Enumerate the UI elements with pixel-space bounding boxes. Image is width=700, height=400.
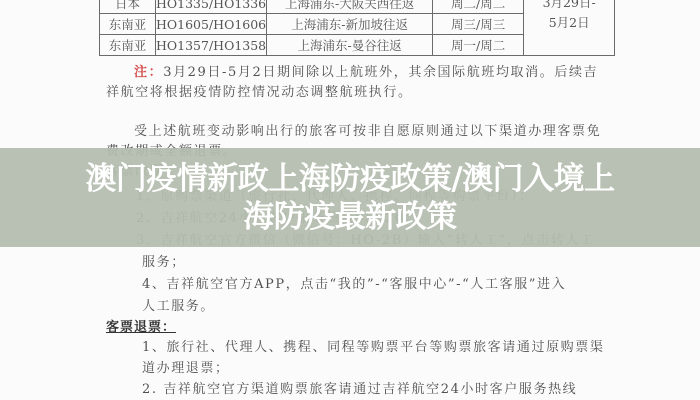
title-banner: 澳门疫情新政上海防疫政策/澳门入境上 海防疫最新政策 xyxy=(0,148,700,247)
paragraph-line-1: 受上述航班变动影响出行的旅客可按非自愿原则通过以下渠道办理客票免 xyxy=(134,120,601,139)
flights-cell: HO1335/HO1336 xyxy=(156,0,267,14)
date-range-line2: 5月2日 xyxy=(524,13,614,33)
date-range-cell: 3月29日- 5月2日 xyxy=(524,0,615,56)
note-label: 注： xyxy=(134,65,163,80)
days-cell: 周一/周二 xyxy=(433,35,524,56)
refund-item-1-line-1: 1、旅行社、代理人、携程、同程等购票平台等购票旅客请通过原购票渠 xyxy=(142,336,604,355)
route-cell: 上海浦东-曼谷往返 xyxy=(267,35,433,56)
region-cell: 东南亚 xyxy=(100,14,156,35)
date-range-line1: 3月29日- xyxy=(524,0,614,13)
change-item-4-line-2: 人工服务。 xyxy=(142,295,215,314)
banner-title-line-1: 澳门疫情新政上海防疫政策/澳门入境上 xyxy=(85,160,614,198)
route-cell: 上海浦东-大阪关西往返 xyxy=(267,0,433,14)
table-row: 日本 HO1335/HO1336 上海浦东-大阪关西往返 周二/周二 3月29日… xyxy=(100,0,615,14)
change-item-3-cont: 服务； xyxy=(142,251,186,270)
days-cell: 周二/周二 xyxy=(433,0,524,14)
note-line-1: 注：3月29日-5月2日期间除以上航班外，其余国际航班均取消。后续吉 xyxy=(134,61,598,80)
banner-title-line-2: 海防疫最新政策 xyxy=(243,198,457,236)
region-cell: 东南亚 xyxy=(100,35,156,56)
region-cell: 日本 xyxy=(100,0,156,14)
refund-item-2-line-1: 2. 吉祥航空官方渠道购票旅客请通过吉祥航空24小时客户服务热线 xyxy=(142,378,577,397)
note-line-2: 祥航空将根据疫情防控情况动态调整航班执行。 xyxy=(106,81,413,100)
flights-cell: HO1605/HO1606 xyxy=(156,14,267,35)
refund-heading: 客票退票： xyxy=(106,316,176,335)
refund-item-1-line-2: 道办理退票； xyxy=(142,357,230,376)
flights-table: 日本 HO1335/HO1336 上海浦东-大阪关西往返 周二/周二 3月29日… xyxy=(99,0,615,56)
change-item-4-line-1: 4、吉祥航空官方APP，点击“我的”-“客服中心”-“人工客服”进入 xyxy=(142,273,566,292)
days-cell: 周三/周三 xyxy=(433,14,524,35)
route-cell: 上海浦东-新加坡往返 xyxy=(267,14,433,35)
flights-cell: HO1357/HO1358 xyxy=(156,35,267,56)
